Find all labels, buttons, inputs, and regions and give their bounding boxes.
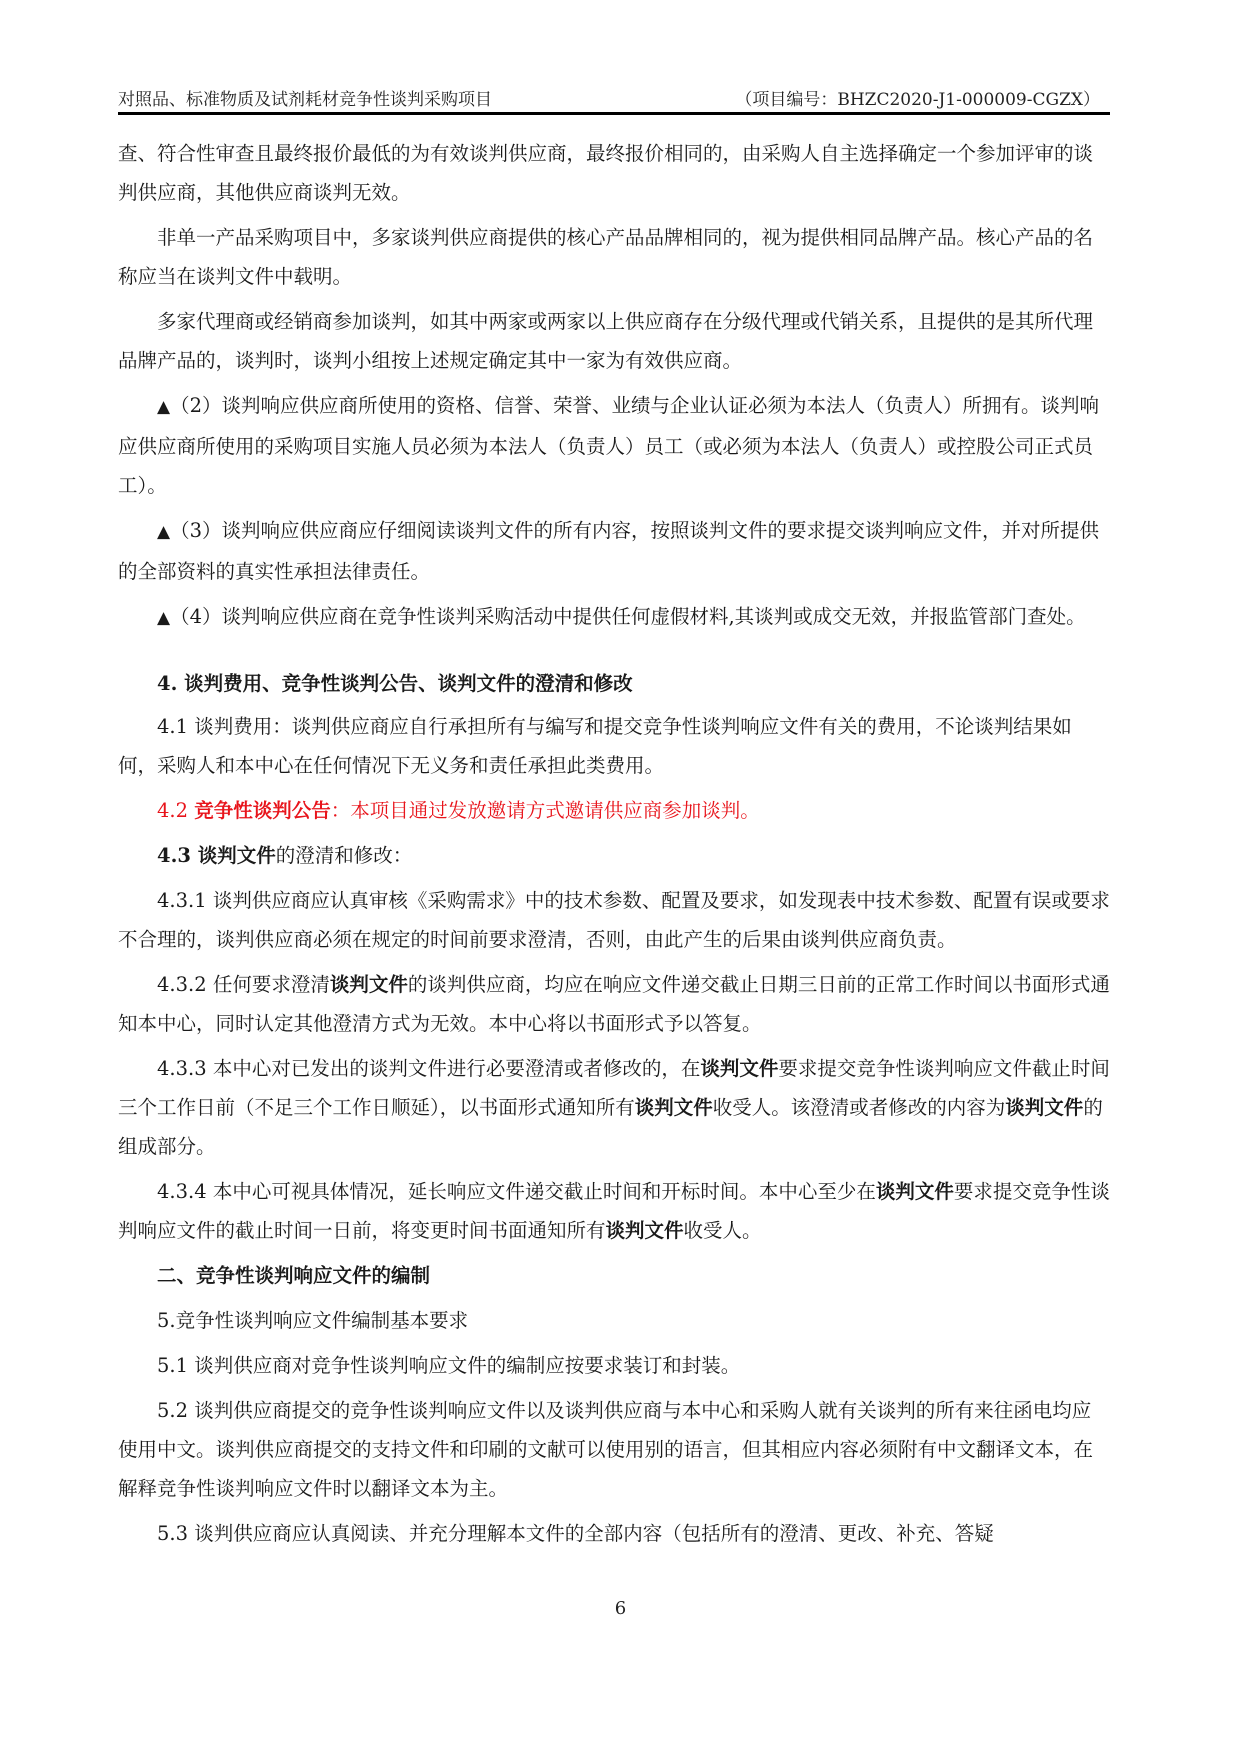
page-number: 6 (0, 1598, 1241, 1619)
clause-5-1: 5.1 谈判供应商对竞争性谈判响应文件的编制应按要求装订和封装。 (118, 1346, 1110, 1385)
project-number: （项目编号：BHZC2020-J1-000009-CGZX） (735, 85, 1100, 110)
clause-4-3-4: 4.3.4 本中心可视具体情况，延长响应文件递交截止时间和开标时间。本中心至少在… (118, 1172, 1110, 1250)
clause-4-2: 4.2 竞争性谈判公告：本项目通过发放邀请方式邀请供应商参加谈判。 (118, 791, 1110, 830)
paragraph-continued: 查、符合性审查且最终报价最低的为有效谈判供应商，最终报价相同的，由采购人自主选择… (118, 134, 1110, 212)
part-2-heading: 二、竞争性谈判响应文件的编制 (118, 1256, 1110, 1295)
document-title: 对照品、标准物质及试剂耗材竞争性谈判采购项目 (118, 85, 492, 110)
paragraph-agents: 多家代理商或经销商参加谈判，如其中两家或两家以上供应商存在分级代理或代销关系，且… (118, 302, 1110, 380)
clause-4-3-1: 4.3.1 谈判供应商应认真审核《采购需求》中的技术参数、配置及要求，如发现表中… (118, 881, 1110, 959)
triangle-marker-icon: ▲ (157, 608, 170, 628)
clause-5: 5.竞争性谈判响应文件编制基本要求 (118, 1301, 1110, 1340)
page-content: 查、符合性审查且最终报价最低的为有效谈判供应商，最终报价相同的，由采购人自主选择… (118, 134, 1110, 1553)
item-3: ▲（3）谈判响应供应商应仔细阅读谈判文件的所有内容，按照谈判文件的要求提交谈判响… (118, 511, 1110, 591)
triangle-marker-icon: ▲ (157, 397, 170, 417)
item-2: ▲（2）谈判响应供应商所使用的资格、信誉、荣誉、业绩与企业认证必须为本法人（负责… (118, 386, 1110, 505)
clause-5-3: 5.3 谈判供应商应认真阅读、并充分理解本文件的全部内容（包括所有的澄清、更改、… (118, 1514, 1110, 1553)
clause-5-2: 5.2 谈判供应商提交的竞争性谈判响应文件以及谈判供应商与本中心和采购人就有关谈… (118, 1391, 1110, 1508)
item-4: ▲（4）谈判响应供应商在竞争性谈判采购活动中提供任何虚假材料,其谈判或成交无效，… (118, 597, 1110, 638)
paragraph-core-product: 非单一产品采购项目中，多家谈判供应商提供的核心产品品牌相同的，视为提供相同品牌产… (118, 218, 1110, 296)
clause-4-3: 4.3 谈判文件的澄清和修改： (118, 836, 1110, 875)
clause-4-3-3: 4.3.3 本中心对已发出的谈判文件进行必要澄清或者修改的，在谈判文件要求提交竞… (118, 1049, 1110, 1166)
clause-4-1: 4.1 谈判费用：谈判供应商应自行承担所有与编写和提交竞争性谈判响应文件有关的费… (118, 707, 1110, 785)
section-4-heading: 4. 谈判费用、竞争性谈判公告、谈判文件的澄清和修改 (118, 664, 1110, 703)
clause-4-3-2: 4.3.2 任何要求澄清谈判文件的谈判供应商，均应在响应文件递交截止日期三日前的… (118, 965, 1110, 1043)
triangle-marker-icon: ▲ (157, 522, 170, 542)
page-header: 对照品、标准物质及试剂耗材竞争性谈判采购项目 （项目编号：BHZC2020-J1… (118, 80, 1110, 115)
